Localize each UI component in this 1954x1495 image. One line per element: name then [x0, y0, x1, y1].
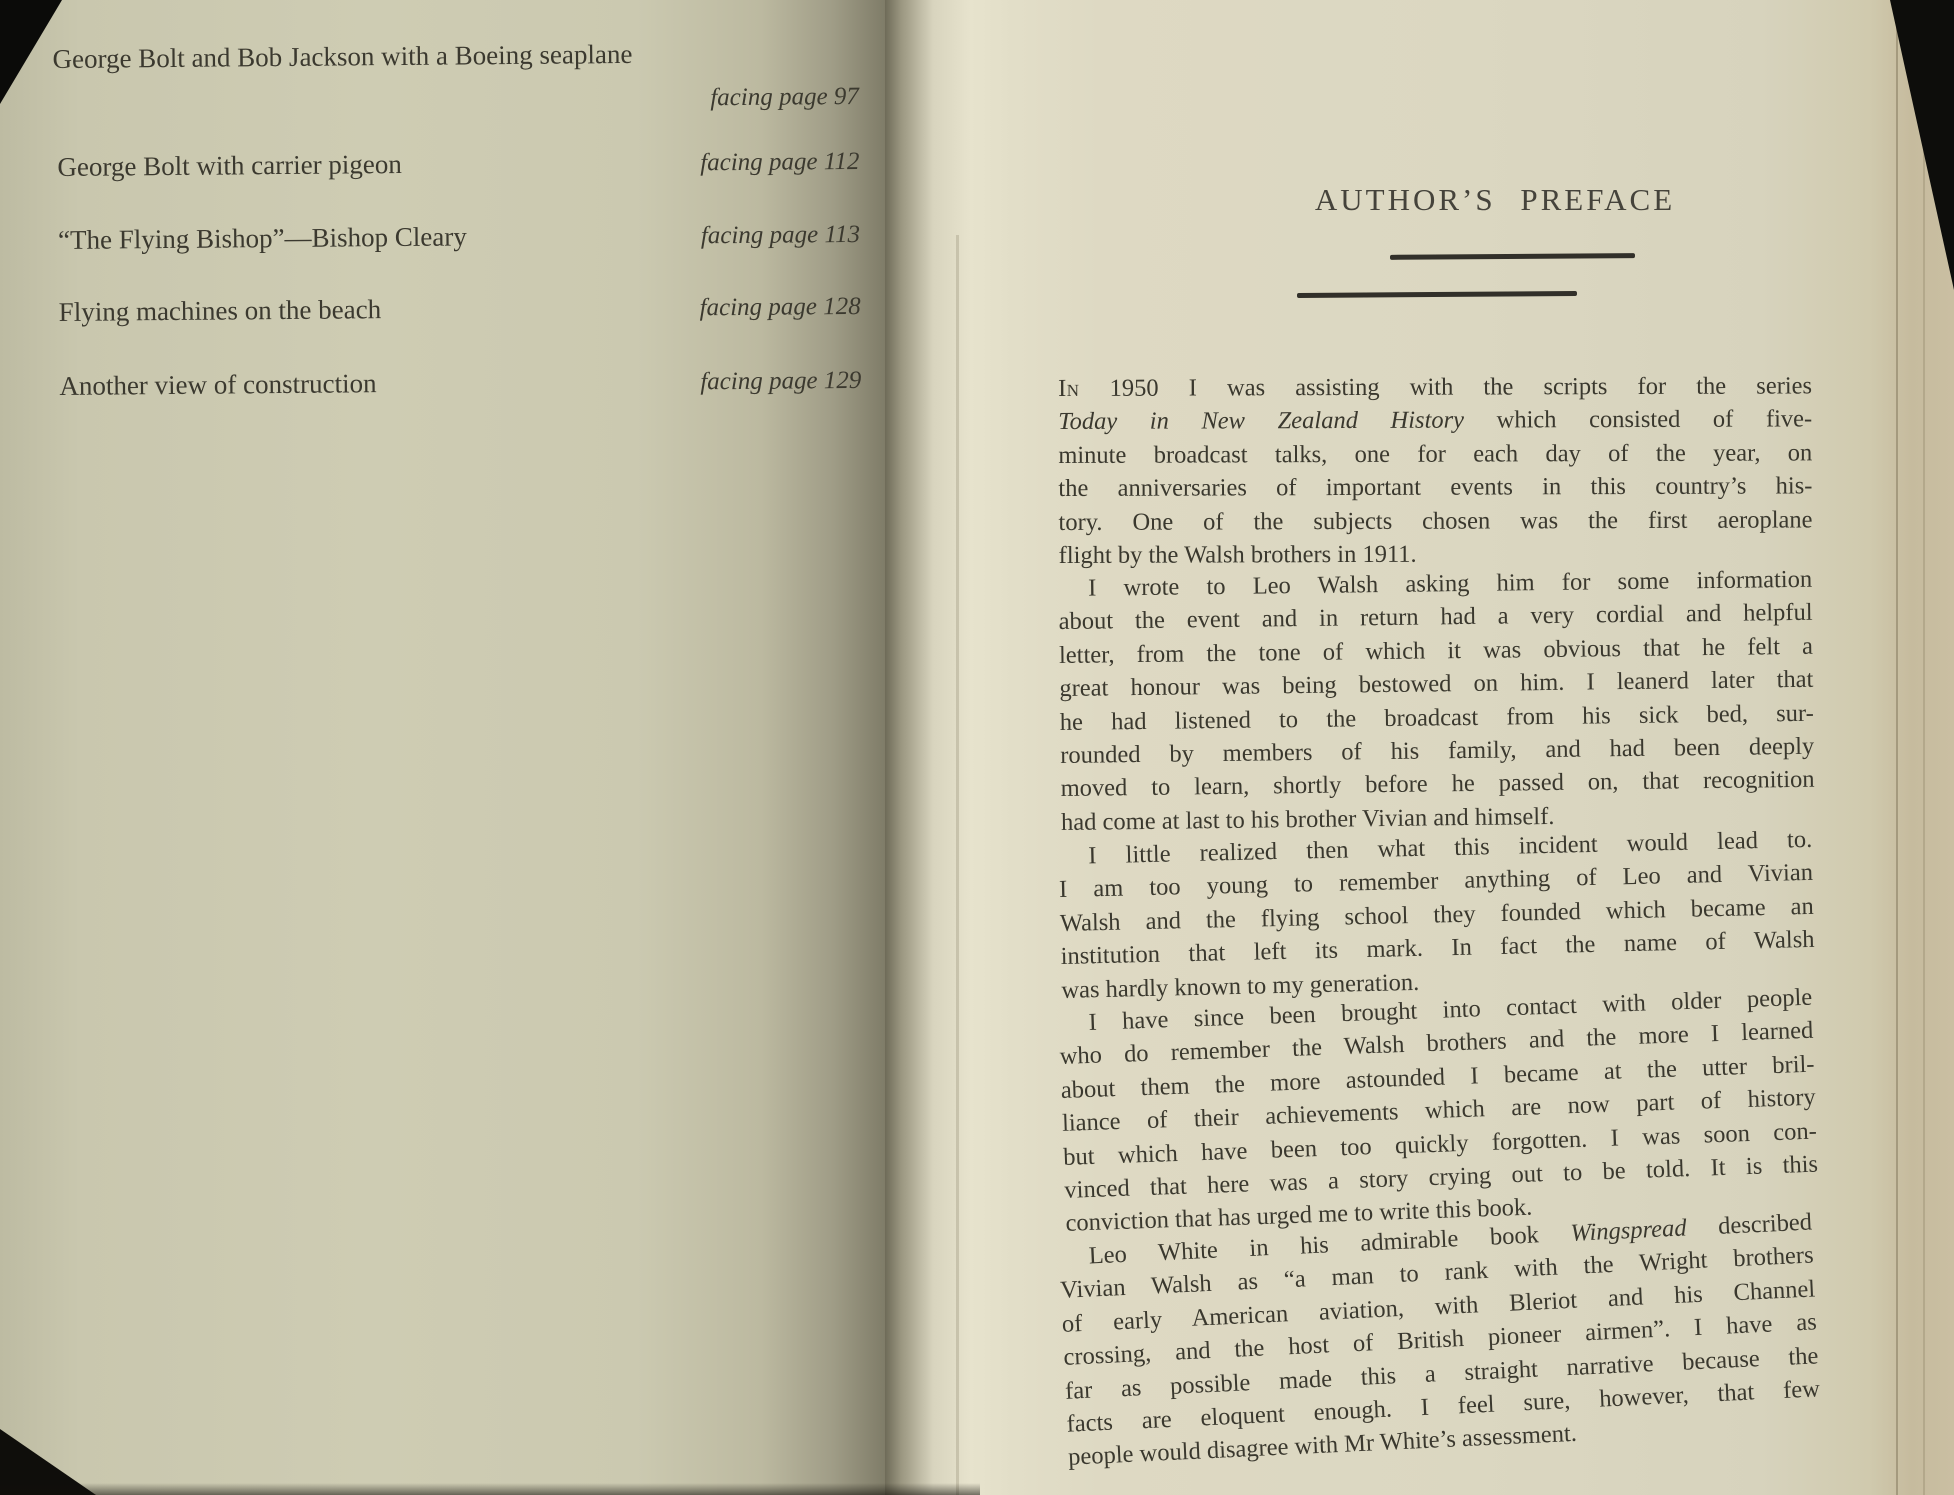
- list-item: Another view of construction facing page…: [59, 364, 861, 402]
- text-line: In 1950 I was assisting with the scripts…: [1058, 369, 1812, 405]
- paragraph: Leo White in his admirable book Wingspre…: [1058, 1205, 1822, 1474]
- paragraph: I wrote to Leo Walsh asking him for some…: [1058, 563, 1815, 839]
- text-line: minute broadcast talks, one for each day…: [1058, 436, 1812, 472]
- page-edge-line: [1923, 0, 1925, 1495]
- text-line: tory. One of the subjects chosen was the…: [1058, 503, 1812, 539]
- illustrations-list: George Bolt and Bob Jackson with a Boein…: [52, 0, 863, 520]
- text-line: the anniversaries of important events in…: [1058, 470, 1812, 506]
- illustration-page-ref: facing page 129: [700, 367, 861, 396]
- illustration-page-ref: facing page 113: [701, 221, 860, 250]
- illustration-caption: George Bolt with carrier pigeon: [57, 149, 402, 183]
- illustration-page-ref: facing page 128: [699, 293, 860, 322]
- page-crease: [956, 235, 959, 1495]
- illustration-caption: Another view of construction: [59, 368, 376, 402]
- page-edge-line: [1896, 0, 1898, 1495]
- paragraph: I have since been brought into contact w…: [1058, 980, 1820, 1240]
- text-line: Today in New Zealand History which consi…: [1058, 403, 1812, 439]
- list-item: George Bolt with carrier pigeon facing p…: [57, 145, 859, 183]
- list-item: “The Flying Bishop”—Bishop Cleary facing…: [58, 218, 860, 256]
- illustration-caption: Flying machines on the beach: [59, 294, 382, 328]
- paragraph: I little realized then what this inciden…: [1058, 823, 1816, 1007]
- illustration-caption: George Bolt and Bob Jackson with a Boein…: [52, 37, 858, 75]
- paragraph: In 1950 I was assisting with the scripts…: [1058, 369, 1813, 572]
- preface-text: In 1950 I was assisting with the scripts…: [1058, 372, 1812, 1474]
- book-photo: George Bolt and Bob Jackson with a Boein…: [0, 0, 1954, 1495]
- illustration-caption: “The Flying Bishop”—Bishop Cleary: [58, 221, 467, 256]
- page-title: AUTHOR’S PREFACE: [1185, 182, 1805, 218]
- photo-edge-shadow: [0, 1483, 980, 1495]
- list-item: Flying machines on the beach facing page…: [59, 290, 861, 328]
- illustration-page-ref: facing page 112: [700, 148, 859, 177]
- illustration-page-ref: facing page 97: [710, 83, 859, 112]
